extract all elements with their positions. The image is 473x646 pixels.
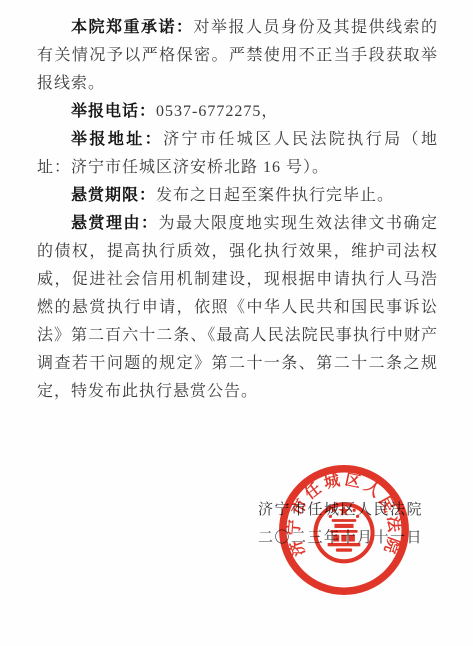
signature-block: 济宁市任城区人民法院 二〇二三年十月十一日 (0, 496, 473, 552)
paragraph-reward-period: 悬赏期限：发布之日起至案件执行完毕止。 (37, 182, 438, 210)
report-phone-number: 0537-6772275， (156, 103, 278, 120)
paragraph-report-address: 举报地址：济宁市任城区人民法院执行局（地址：济宁市任城区济安桥北路 16 号）。 (37, 126, 438, 182)
paragraph-report-address-label: 举报地址： (71, 131, 163, 148)
paragraph-reward-period-label: 悬赏期限： (71, 187, 156, 204)
reward-period-text: 发布之日起至案件执行完毕止。 (156, 187, 394, 204)
announcement-page: 本院郑重承诺：对举报人员身份及其提供线索的有关情况予以严格保密。严禁使用不正当手… (0, 0, 473, 646)
paragraph-reward-reason: 悬赏理由：为最大限度地实现生效法律文书确定的债权，提高执行质效，强化执行效果，维… (37, 210, 438, 406)
announcement-body: 本院郑重承诺：对举报人员身份及其提供线索的有关情况予以严格保密。严禁使用不正当手… (37, 14, 438, 406)
paragraph-commitment: 本院郑重承诺：对举报人员身份及其提供线索的有关情况予以严格保密。严禁使用不正当手… (37, 14, 438, 98)
paragraph-commitment-label: 本院郑重承诺： (71, 19, 194, 36)
paragraph-reward-reason-label: 悬赏理由： (71, 215, 159, 232)
paragraph-report-phone-label: 举报电话： (71, 103, 156, 120)
reward-reason-text: 为最大限度地实现生效法律文书确定的债权，提高执行质效，强化执行效果，维护司法权威… (37, 215, 438, 400)
signature-date: 二〇二三年十月十一日 (0, 524, 473, 552)
signature-court-name: 济宁市任城区人民法院 (0, 496, 473, 524)
paragraph-report-phone: 举报电话：0537-6772275， (37, 98, 438, 126)
